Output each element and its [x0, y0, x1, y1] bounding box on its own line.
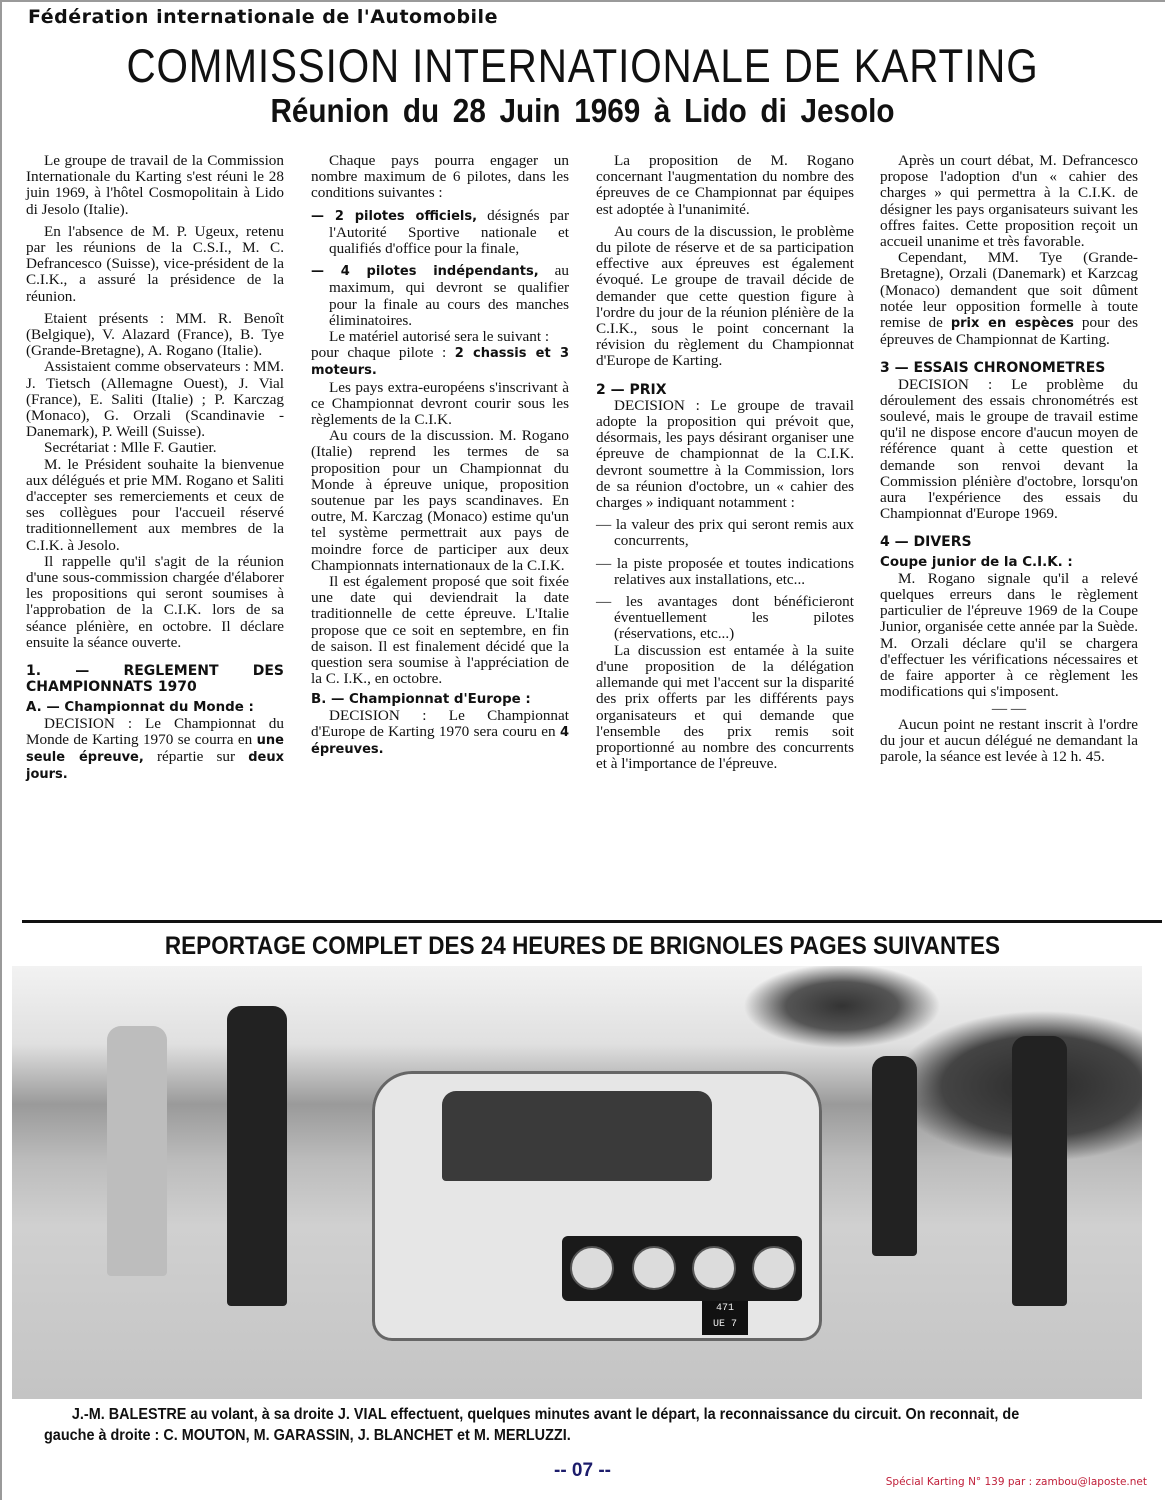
car: 471 UE 7	[372, 1071, 822, 1341]
paragraph: Il rappelle qu'il s'agit de la réunion d…	[26, 554, 284, 651]
person-figure	[107, 1026, 167, 1276]
list-item: — 4 pilotes indépendants, au maximum, qu…	[311, 263, 569, 329]
paragraph: Chaque pays pourra engager un nombre max…	[311, 153, 569, 202]
article-column-1: Le groupe de travail de la Commission In…	[26, 153, 284, 784]
person-figure	[227, 1006, 287, 1306]
text: pour chaque pilote :	[311, 344, 455, 361]
person-figure	[1012, 1036, 1067, 1306]
list-item: — les avantages dont bénéficieront évent…	[596, 594, 854, 643]
bold-text: — 4 pilotes indépendants,	[311, 264, 539, 279]
section-heading-3: 3 — ESSAIS CHRONOMETRES	[880, 360, 1138, 376]
article-column-4: Après un court débat, M. Defrancesco pro…	[880, 153, 1138, 765]
paragraph: DECISION : Le problème du déroulement de…	[880, 377, 1138, 523]
text: DECISION : Le Championnat d'Europe de Ka…	[311, 707, 569, 740]
subheading-a: A. — Championnat du Monde :	[26, 700, 284, 716]
plate-line: 471	[702, 1301, 748, 1317]
person-figure	[872, 1056, 917, 1256]
headlight	[752, 1246, 796, 1290]
license-plate: 471 UE 7	[702, 1301, 748, 1335]
page-title: COMMISSION INTERNATIONALE DE KARTING	[82, 38, 1084, 93]
separator: — —	[880, 701, 1138, 717]
credit-line: Spécial Karting N° 139 par : zambou@lapo…	[886, 1476, 1147, 1488]
paragraph: pour chaque pilote : 2 chassis et 3 mote…	[311, 345, 569, 379]
car-windshield	[442, 1091, 712, 1181]
paragraph: Aucun point ne restant inscrit à l'ordre…	[880, 717, 1138, 766]
headlight	[570, 1246, 614, 1290]
section-heading-1: 1. — REGLEMENT DES CHAMPIONNATS 1970	[26, 663, 284, 695]
headlight	[632, 1246, 676, 1290]
paragraph: En l'absence de M. P. Ugeux, retenu par …	[26, 224, 284, 305]
subheading-coupe-junior: Coupe junior de la C.I.K. :	[880, 555, 1138, 571]
list-item: — la valeur des prix qui seront remis au…	[596, 517, 854, 549]
paragraph: Il est également proposé que soit fixée …	[311, 574, 569, 687]
car-grille	[562, 1236, 802, 1301]
text: DECISION : Le Championnat du Monde de Ka…	[26, 715, 284, 748]
decision-a: DECISION : Le Championnat du Monde de Ka…	[26, 716, 284, 784]
decision-b: DECISION : Le Championnat d'Europe de Ka…	[311, 708, 569, 759]
section-heading-2: 2 — PRIX	[596, 382, 854, 398]
caption-text: J.-M. BALESTRE au volant, à sa droite J.…	[44, 1406, 1019, 1444]
page-subtitle: Réunion du 28 Juin 1969 à Lido di Jesolo	[58, 92, 1107, 130]
paragraph: Les pays extra-européens s'inscrivant à …	[311, 380, 569, 429]
text: répartie sur	[144, 748, 248, 765]
banner-headline: REPORTAGE COMPLET DES 24 HEURES DE BRIGN…	[58, 932, 1107, 961]
bold-text: — 2 pilotes officiels,	[311, 209, 477, 224]
divider-rule	[22, 920, 1162, 923]
paragraph: Au cours de la discussion. M. Rogano (It…	[311, 428, 569, 574]
paragraph: Assistaient comme observateurs : MM. J. …	[26, 359, 284, 440]
headlight	[692, 1246, 736, 1290]
plate-line: UE 7	[702, 1317, 748, 1333]
organization-header: Fédération internationale de l'Automobil…	[28, 6, 498, 28]
paragraph: Le matériel autorisé sera le suivant :	[311, 329, 569, 345]
race-photo: 471 UE 7	[12, 966, 1142, 1399]
paragraph: DECISION : Le groupe de travail adopte l…	[596, 398, 854, 511]
paragraph: Le groupe de travail de la Commission In…	[26, 153, 284, 218]
section-heading-4: 4 — DIVERS	[880, 534, 1138, 550]
paragraph: M. Rogano signale qu'il a relevé quelque…	[880, 571, 1138, 701]
paragraph: Après un court débat, M. Defrancesco pro…	[880, 153, 1138, 250]
article-column-3: La proposition de M. Rogano concernant l…	[596, 153, 854, 772]
paragraph: La proposition de M. Rogano concernant l…	[596, 153, 854, 218]
bold-text: prix en espèces	[951, 316, 1074, 331]
article-column-2: Chaque pays pourra engager un nombre max…	[311, 153, 569, 758]
paragraph: Au cours de la discussion, le problème d…	[596, 224, 854, 370]
paragraph: Cependant, MM. Tye (Grande-Bretagne), Or…	[880, 250, 1138, 348]
paragraph: M. le Président souhaite la bienvenue au…	[26, 457, 284, 554]
list-item: — la piste proposée et toutes indication…	[596, 556, 854, 588]
paragraph: La discussion est entamée à la suite d'u…	[596, 643, 854, 773]
list-item: — 2 pilotes officiels, désignés par l'Au…	[311, 208, 569, 258]
photo-caption: J.-M. BALESTRE au volant, à sa droite J.…	[44, 1404, 1058, 1446]
paragraph: Etaient présents : MM. R. Benoît (Belgiq…	[26, 311, 284, 360]
subheading-b: B. — Championnat d'Europe :	[311, 692, 569, 708]
paragraph: Secrétariat : Mlle F. Gautier.	[26, 440, 284, 456]
